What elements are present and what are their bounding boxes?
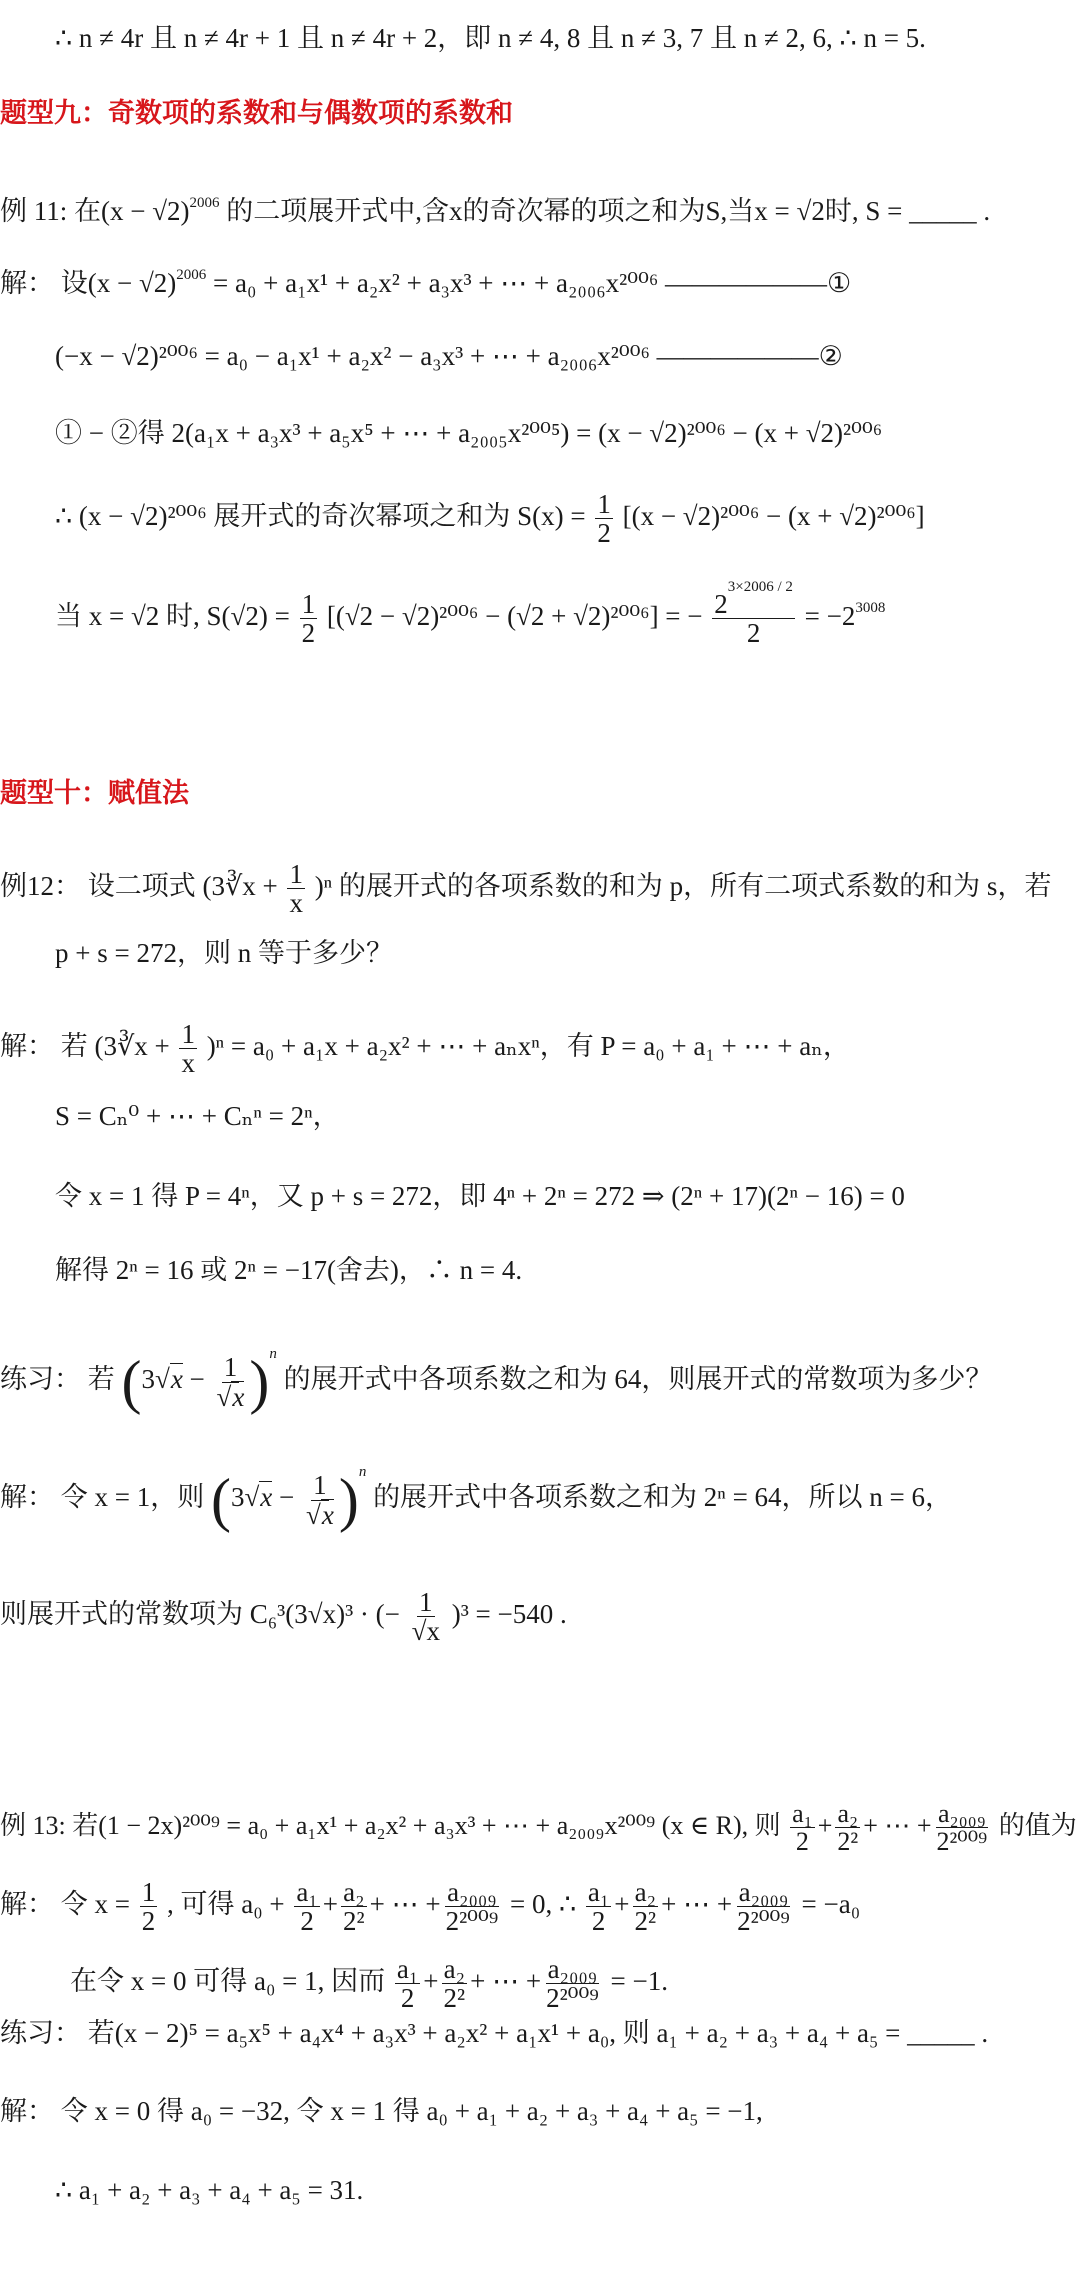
example-12-question: 例12： 设二项式 (3∛x + 1x )ⁿ 的展开式的各项系数的和为 p，所有… xyxy=(0,860,1051,918)
example-13-solution-line-1: 解： 令 x = 12 , 可得 a₀ + a₁2+a₂2²+ ⋯ +a₂₀₀₉… xyxy=(0,1878,860,1936)
equation-part: = 0, ∴ xyxy=(510,1889,576,1919)
equation-part: [(x − √2)²⁰⁰⁶ − (x + √2)²⁰⁰⁶] xyxy=(623,501,925,531)
fraction-one-half: 12 xyxy=(300,590,318,648)
equation-part: , 可得 a₀ + xyxy=(167,1889,285,1919)
solution-label: 解： xyxy=(0,1482,54,1512)
numerator: a₂ xyxy=(341,1878,366,1907)
left-paren: ( xyxy=(122,1349,142,1415)
solution-label: 解： xyxy=(0,1889,54,1919)
equation-part: )³ = −540 . xyxy=(452,1599,567,1629)
fraction-a2009: a₂₀₀₉2²⁰⁰⁹ xyxy=(544,1955,601,2013)
exponent: 3×2006 / 2 xyxy=(728,579,793,595)
numerator: 1 xyxy=(311,1471,329,1500)
practice-2-solution-line-2: ∴ a₁ + a₂ + a₃ + a₄ + a₅ = 31. xyxy=(55,2177,363,2204)
fraction-one-over-root-x: 1√x xyxy=(215,1353,247,1411)
question-text-a: 若 xyxy=(88,1364,115,1394)
power-fraction: 23×2006 / 2 2 xyxy=(712,590,795,648)
denominator: 2² xyxy=(633,1907,659,1935)
denominator: 2 xyxy=(300,619,318,647)
fraction-a1: a₁2 xyxy=(294,1878,319,1936)
equation-part: = −a₀ xyxy=(802,1889,861,1919)
solution-label: 解： xyxy=(0,2096,54,2126)
fraction-a2009: a₂₀₀₉2²⁰⁰⁹ xyxy=(735,1878,792,1936)
denominator: 2² xyxy=(442,1984,468,2012)
exponent: 2006 xyxy=(190,195,220,211)
denominator: 2²⁰⁰⁹ xyxy=(544,1984,601,2012)
fraction-a2009: a₂₀₀₉2²⁰⁰⁹ xyxy=(935,1800,990,1856)
question-text-b: )ⁿ 的展开式的各项系数的和为 p，所有二项式系数的和为 s，若 xyxy=(315,871,1052,901)
fraction-a2: a₂2² xyxy=(633,1878,659,1936)
fraction-one-over-x: 1x xyxy=(179,1020,197,1078)
numerator: a₂₀₀₉ xyxy=(936,1800,988,1828)
example-label: 例 13: xyxy=(0,1811,66,1840)
numerator: a₂₀₀₉ xyxy=(546,1955,600,1984)
fraction-a2: a₂2² xyxy=(835,1800,860,1856)
example-12-solution-line-4: 解得 2ⁿ = 16 或 2ⁿ = −17(舍去)，∴ n = 4. xyxy=(55,1257,522,1284)
example-12-solution-line-3: 令 x = 1 得 P = 4ⁿ，又 p + s = 272，即 4ⁿ + 2ⁿ… xyxy=(55,1183,905,1210)
numerator: 23×2006 / 2 xyxy=(712,590,795,619)
example-13-solution-line-2: 在令 x = 0 可得 a₀ = 1, 因而 a₁2+a₂2²+ ⋯ +a₂₀₀… xyxy=(70,1955,668,2013)
fraction-a2009: a₂₀₀₉2²⁰⁰⁹ xyxy=(444,1878,501,1936)
numerator: 1 xyxy=(222,1353,240,1382)
denominator: 2 xyxy=(399,1984,417,2012)
conclusion-line: ∴ n ≠ 4r 且 n ≠ 4r + 1 且 n ≠ 4r + 2，即 n ≠… xyxy=(55,25,926,52)
example-11-question: 例 11: 在(x − √2)2006 的二项展开式中,含x的奇次幂的项之和为S… xyxy=(0,198,990,225)
denominator: 2²⁰⁰⁹ xyxy=(935,1828,990,1855)
equation-part: 则展开式的常数项为 C₆³(3√x)³ · (− xyxy=(0,1599,400,1629)
numerator: a₁ xyxy=(294,1878,319,1907)
denominator: 2²⁰⁰⁹ xyxy=(735,1907,792,1935)
question-text-a: 若(1 − 2x)²⁰⁰⁹ = a₀ + a₁x¹ + a₂x² + a₃x³ … xyxy=(72,1811,780,1840)
numerator: 1 xyxy=(417,1588,435,1617)
section-heading-10: 题型十：赋值法 xyxy=(0,780,189,807)
numerator: 1 xyxy=(179,1020,197,1049)
left-paren: ( xyxy=(211,1467,231,1533)
equation-part: = −2 xyxy=(805,601,856,631)
example-13-question: 例 13: 若(1 − 2x)²⁰⁰⁹ = a₀ + a₁x¹ + a₂x² +… xyxy=(0,1800,1077,1856)
example-label: 例12： xyxy=(0,871,81,901)
numerator: a₂ xyxy=(442,1955,467,1984)
right-paren: ) xyxy=(249,1349,269,1415)
practice-2-solution-line-1: 解： 令 x = 0 得 a₀ = −32, 令 x = 1 得 a₀ + a₁… xyxy=(0,2098,763,2125)
question-text-a: 设二项式 (3∛x + xyxy=(88,871,278,901)
denominator: √x xyxy=(215,1383,247,1411)
fraction-a1: a₁2 xyxy=(395,1955,420,2013)
equation-part: 若 (3∛x + xyxy=(61,1031,170,1061)
practice-label: 练习： xyxy=(0,1364,81,1394)
denominator: 2²⁰⁰⁹ xyxy=(444,1907,501,1935)
question-text-b: 的展开式中各项系数之和为 64，则展开式的常数项为多少？ xyxy=(284,1364,993,1394)
denominator: 2 xyxy=(140,1907,158,1935)
denominator: √x xyxy=(410,1617,442,1645)
fraction-a1: a₁2 xyxy=(586,1878,611,1936)
equation-part: ∴ (x − √2)²⁰⁰⁶ 展开式的奇次幂项之和为 S(x) = xyxy=(55,501,586,531)
fraction-one-over-root-x: 1√x xyxy=(410,1588,442,1646)
numerator: a₂ xyxy=(835,1800,860,1828)
fraction-one-half: 12 xyxy=(140,1878,158,1936)
equation-part: 设(x − √2) xyxy=(61,268,177,298)
numerator: a₁ xyxy=(395,1955,420,1984)
solution-label: 解： xyxy=(0,268,54,298)
equation-part: 令 x = 1，则 xyxy=(61,1482,204,1512)
binomial-expression: (3√x − 1√x)n xyxy=(211,1482,373,1512)
denominator: 2 xyxy=(590,1907,608,1935)
equation-part: 令 x = xyxy=(61,1889,130,1919)
equation-part: = a₀ + a₁x¹ + a₂x² + a₃x³ + ⋯ + a₂₀₀₆x²⁰… xyxy=(213,268,851,298)
base: 2 xyxy=(714,589,728,619)
equation-part: = −1. xyxy=(610,1966,667,1996)
equation-part: 的展开式中各项系数之和为 2ⁿ = 64，所以 n = 6， xyxy=(373,1482,952,1512)
binomial-expression: (3√x − 1√x)n xyxy=(122,1364,284,1394)
equation-part: [(√2 − √2)²⁰⁰⁶ − (√2 + √2)²⁰⁰⁶] = − xyxy=(327,601,703,631)
question-text: 若(x − 2)⁵ = a₅x⁵ + a₄x⁴ + a₃x³ + a₂x² + … xyxy=(88,2018,988,2048)
fraction-a2: a₂2² xyxy=(341,1878,367,1936)
numerator: a₂ xyxy=(633,1878,658,1907)
denominator: 2² xyxy=(835,1828,860,1855)
equation-part: )ⁿ = a₀ + a₁x + a₂x² + ⋯ + aₙxⁿ，有 P = a₀… xyxy=(207,1031,850,1061)
equation-part: 令 x = 0 得 a₀ = −32, 令 x = 1 得 a₀ + a₁ + … xyxy=(61,2096,763,2126)
denominator: 2 xyxy=(595,519,613,547)
example-12-solution-line-2: S = Cₙ⁰ + ⋯ + Cₙⁿ = 2ⁿ， xyxy=(55,1103,340,1130)
example-11-solution-line-3: ① − ②得 2(a₁x + a₃x³ + a₅x⁵ + ⋯ + a₂₀₀₅x²… xyxy=(55,420,882,447)
example-12-question-cont: p + s = 272，则 n 等于多少？ xyxy=(55,940,393,967)
practice-label: 练习： xyxy=(0,2018,81,2048)
practice-1-question: 练习： 若 (3√x − 1√x)n 的展开式中各项系数之和为 64，则展开式的… xyxy=(0,1352,992,1412)
denominator: 2² xyxy=(341,1907,367,1935)
denominator: x xyxy=(179,1049,197,1077)
example-11-solution-line-1: 解： 设(x − √2)2006 = a₀ + a₁x¹ + a₂x² + a₃… xyxy=(0,270,851,297)
numerator: 1 xyxy=(140,1878,158,1907)
denominator: √x xyxy=(304,1501,336,1529)
question-text-b: 的二项展开式中,含x的奇次幂的项之和为S,当x = √2时, S = _____… xyxy=(226,196,990,226)
fraction-one-over-x: 1x xyxy=(287,860,305,918)
fraction-one-half: 12 xyxy=(595,490,613,548)
right-paren: ) xyxy=(339,1467,359,1533)
example-12-solution-line-1: 解： 若 (3∛x + 1x )ⁿ = a₀ + a₁x + a₂x² + ⋯ … xyxy=(0,1020,850,1078)
numerator: a₁ xyxy=(586,1878,611,1907)
practice-2-question: 练习： 若(x − 2)⁵ = a₅x⁵ + a₄x⁴ + a₃x³ + a₂x… xyxy=(0,2020,988,2047)
section-heading-9: 题型九：奇数项的系数和与偶数项的系数和 xyxy=(0,100,513,127)
numerator: 1 xyxy=(595,490,613,519)
equation-part: 在令 x = 0 可得 a₀ = 1, 因而 xyxy=(70,1966,385,1996)
denominator: 2 xyxy=(298,1907,316,1935)
exponent: 2006 xyxy=(176,267,206,283)
question-text-b: 的值为 xyxy=(999,1811,1077,1840)
denominator: 2 xyxy=(745,619,763,647)
practice-1-solution-line-1: 解： 令 x = 1，则 (3√x − 1√x)n 的展开式中各项系数之和为 2… xyxy=(0,1470,952,1530)
example-11-solution-line-5: 当 x = √2 时, S(√2) = 12 [(√2 − √2)²⁰⁰⁶ − … xyxy=(55,590,885,648)
solution-label: 解： xyxy=(0,1031,54,1061)
fraction-a1: a₁2 xyxy=(790,1800,815,1856)
numerator: 1 xyxy=(287,860,305,889)
example-11-solution-line-2: (−x − √2)²⁰⁰⁶ = a₀ − a₁x¹ + a₂x² − a₃x³ … xyxy=(55,343,843,370)
question-text-a: 在(x − √2) xyxy=(74,196,190,226)
practice-1-solution-line-2: 则展开式的常数项为 C₆³(3√x)³ · (− 1√x )³ = −540 . xyxy=(0,1588,567,1646)
fraction-one-over-root-x: 1√x xyxy=(304,1471,336,1529)
numerator: a₂₀₀₉ xyxy=(445,1878,499,1907)
fraction-a2: a₂2² xyxy=(442,1955,468,2013)
denominator: x xyxy=(287,889,305,917)
example-label: 例 11: xyxy=(0,196,67,226)
numerator: a₂₀₀₉ xyxy=(737,1878,791,1907)
equation-part: 当 x = √2 时, S(√2) = xyxy=(55,601,290,631)
numerator: 1 xyxy=(300,590,318,619)
exponent: 3008 xyxy=(855,600,885,616)
denominator: 2 xyxy=(794,1828,811,1855)
example-11-solution-line-4: ∴ (x − √2)²⁰⁰⁶ 展开式的奇次幂项之和为 S(x) = 12 [(x… xyxy=(55,490,925,548)
numerator: a₁ xyxy=(790,1800,815,1828)
